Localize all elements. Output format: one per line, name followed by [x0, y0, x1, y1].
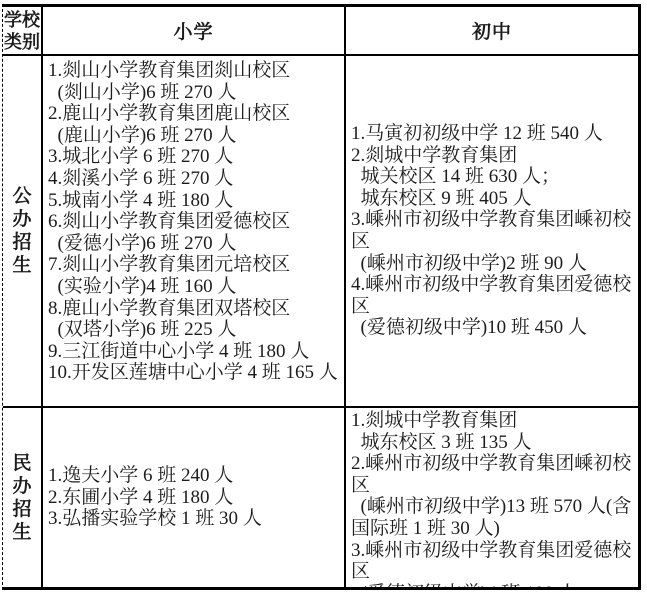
header-primary-school: 小学: [43, 7, 346, 56]
enrollment-table: 学校 类别 小学 初中 公 办 招 生 1.剡山小学教育集团剡山校区 (剡山小学…: [2, 4, 641, 590]
private-junior-schools-list: 1.剡城中学教育集团 城东校区 3 班 135 人 2.嵊州市初级中学教育集团嵊…: [346, 408, 638, 587]
row-label-private-enrollment: 民 办 招 生: [3, 408, 43, 587]
header-junior-high: 初中: [346, 7, 638, 56]
public-primary-schools-list: 1.剡山小学教育集团剡山校区 (剡山小学)6 班 270 人 2.鹿山小学教育集…: [43, 56, 346, 408]
private-primary-schools-list: 1.逸夫小学 6 班 240 人 2.东圃小学 4 班 180 人 3.弘播实验…: [43, 408, 346, 587]
public-junior-schools-list: 1.马寅初初级中学 12 班 540 人 2.剡城中学教育集团 城关校区 14 …: [346, 56, 638, 408]
row-label-public-enrollment: 公 办 招 生: [3, 56, 43, 408]
header-school-category: 学校 类别: [3, 7, 43, 56]
